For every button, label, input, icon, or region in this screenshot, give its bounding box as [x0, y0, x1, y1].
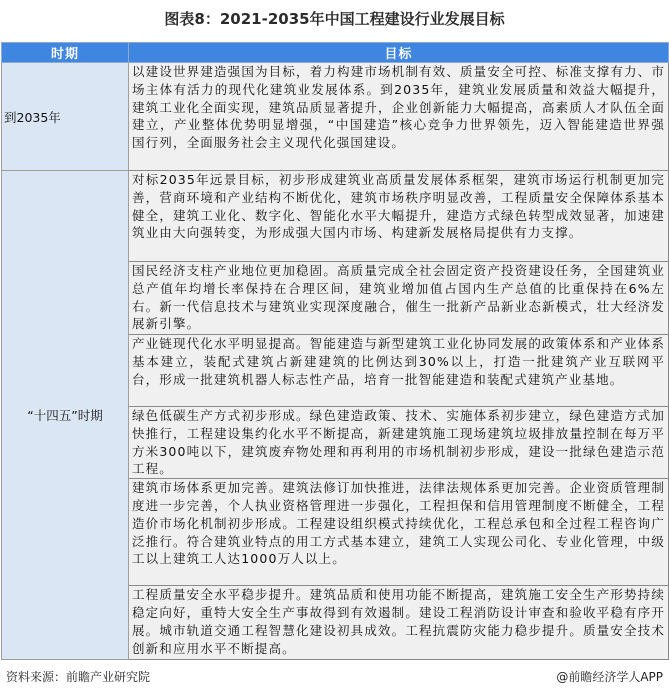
goal-cell: 工程质量安全水平稳步提升。建筑品质和使用功能不断提高，建筑施工安全生产形势持续稳…	[129, 586, 669, 660]
goal-cell: 产业链现代化水平明显提高。智能建造与新型建筑工业化协同发展的政策体系和产业体系基…	[129, 335, 669, 407]
period-cell-14th-five-year: “十四五”时期	[2, 171, 129, 660]
header-goal: 目标	[129, 43, 669, 63]
goal-cell: 以建设世界建造强国为目标，着力构建市场机制有效、质量安全可控、标准支撑有力、市场…	[129, 63, 669, 171]
goals-table: 时期 目标 到2035年 以建设世界建造强国为目标，着力构建市场机制有效、质量安…	[1, 42, 669, 660]
source-note: 资料来源：前瞻产业研究院	[6, 668, 150, 685]
goal-cell: 对标2035年远景目标，初步形成建筑业高质量发展体系框架，建筑市场运行机制更加完…	[129, 171, 669, 262]
table-row: 到2035年 以建设世界建造强国为目标，着力构建市场机制有效、质量安全可控、标准…	[2, 63, 669, 171]
goal-cell: 绿色低碳生产方式初步形成。绿色建造政策、技术、实施体系初步建立，绿色建造方式加快…	[129, 407, 669, 479]
goal-cell: 国民经济支柱产业地位更加稳固。高质量完成全社会固定资产投资建设任务，全国建筑业总…	[129, 262, 669, 335]
table-header-row: 时期 目标	[2, 43, 669, 63]
footer: 资料来源：前瞻产业研究院 @前瞻经济学人APP	[6, 668, 663, 686]
credit-note: @前瞻经济学人APP	[556, 668, 663, 685]
header-period: 时期	[2, 43, 129, 63]
period-cell-2035: 到2035年	[2, 63, 129, 171]
goal-cell: 建筑市场体系更加完善。建筑法修订加快推进，法律法规体系更加完善。企业资质管理制度…	[129, 479, 669, 586]
table-row: “十四五”时期 对标2035年远景目标，初步形成建筑业高质量发展体系框架，建筑市…	[2, 171, 669, 262]
figure-title: 图表8：2021-2035年中国工程建设行业发展目标	[0, 8, 669, 29]
